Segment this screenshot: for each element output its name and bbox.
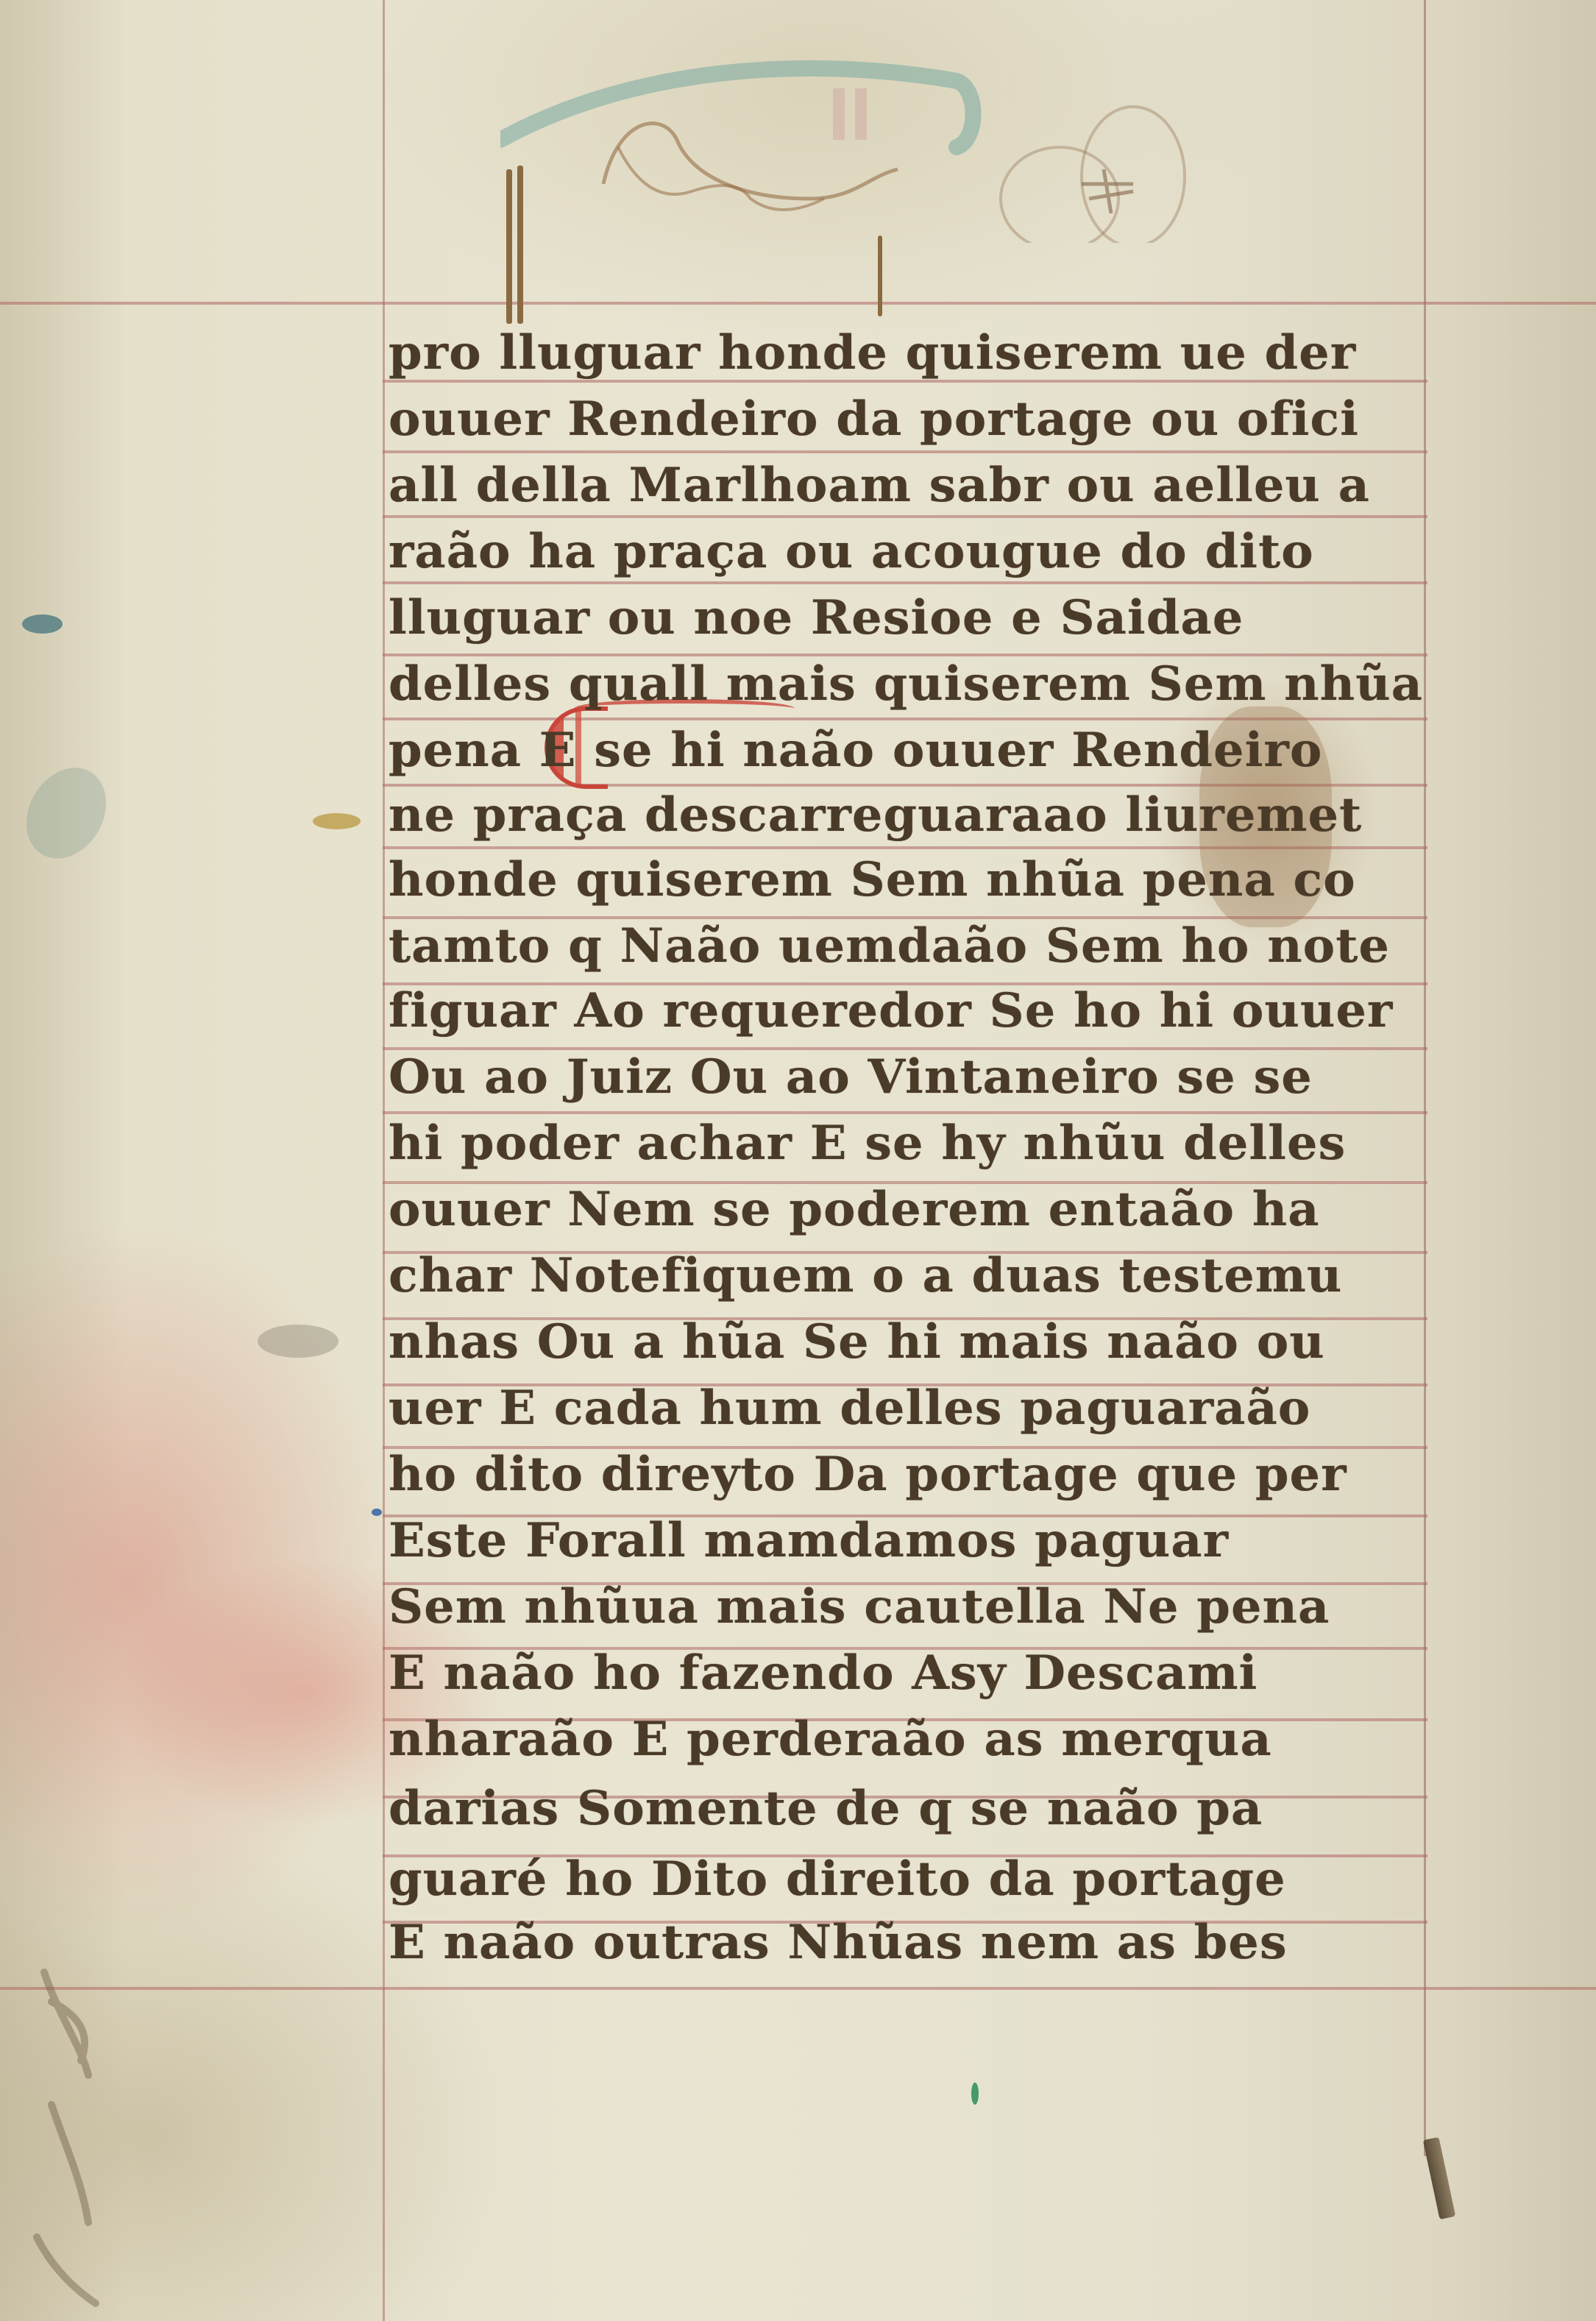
text-line-25: E naão outras Nhũas nem as bes <box>389 1915 1447 1974</box>
teal-ink-smudge <box>10 754 122 874</box>
ruling-line <box>383 450 1427 453</box>
green-ink-speck <box>971 2083 979 2105</box>
marginal-inscription-strokes <box>7 1957 110 2311</box>
ruling-line <box>0 302 1596 305</box>
text-line-22: nharaão E perderaão as merqua <box>389 1712 1447 1771</box>
text-line-18: ho dito direyto Da portage que per <box>389 1447 1447 1506</box>
ascender-stroke <box>517 166 523 324</box>
text-line-23: darias Somente de q se naão pa <box>389 1781 1447 1840</box>
ruling-line <box>383 1111 1427 1114</box>
text-line-6: delles quall mais quiserem Sem nhũa <box>389 656 1447 715</box>
text-line-7: pena E se hi naão ouuer Rendeiro <box>389 723 1447 782</box>
ascender-stroke <box>506 169 512 324</box>
text-line-3: all della Marlhoam sabr ou aelleu a <box>389 458 1447 517</box>
pen-flourish-header <box>500 52 1310 243</box>
blue-ink-speck <box>372 1509 382 1516</box>
text-line-9: honde quiserem Sem nhũa pena co <box>389 852 1447 911</box>
text-line-11: figuar Ao requeredor Se ho hi ouuer <box>389 983 1447 1042</box>
text-line-24: guaré ho Dito direito da portage <box>389 1852 1447 1910</box>
text-line-17: uer E cada hum delles paguaraão <box>389 1381 1447 1439</box>
ascender-stroke <box>878 235 882 316</box>
text-line-2: ouuer Rendeiro da portage ou ofici <box>389 391 1447 450</box>
text-line-13: hi poder achar E se hy nhũu delles <box>389 1116 1447 1174</box>
text-line-14: ouuer Nem se poderem entaão ha <box>389 1182 1447 1241</box>
text-line-8: ne praça descarreguaraao liuremet <box>389 787 1447 846</box>
text-line-21: E naão ho fazendo Asy Descami <box>389 1645 1447 1704</box>
folio-tab-mark <box>1423 2137 1455 2219</box>
left-margin-ruling <box>383 0 385 2321</box>
manuscript-page: pro lluguar honde quiserem ue der ouuer … <box>0 0 1596 2321</box>
grey-smudge <box>258 1325 338 1358</box>
teal-ink-stain <box>22 614 63 634</box>
text-line-15: char Notefiquem o a duas testemu <box>389 1248 1447 1307</box>
text-line-20: Sem nhũua mais cautella Ne pena <box>389 1579 1447 1638</box>
text-line-12: Ou ao Juiz Ou ao Vintaneiro se se <box>389 1049 1447 1108</box>
text-line-16: nhas Ou a hũa Se hi mais naão ou <box>389 1314 1447 1373</box>
text-line-19: Este Forall mamdamos paguar <box>389 1513 1447 1572</box>
text-line-5: lluguar ou noe Resioe e Saidae <box>389 590 1447 649</box>
gold-ink-spot <box>313 813 361 829</box>
ruling-line <box>0 1987 1596 1990</box>
text-line-4: raão ha praça ou acougue do dito <box>389 524 1447 583</box>
text-line-1: pro lluguar honde quiserem ue der <box>389 325 1447 384</box>
text-line-10: tamto q Naão uemdaão Sem ho note <box>389 918 1447 977</box>
